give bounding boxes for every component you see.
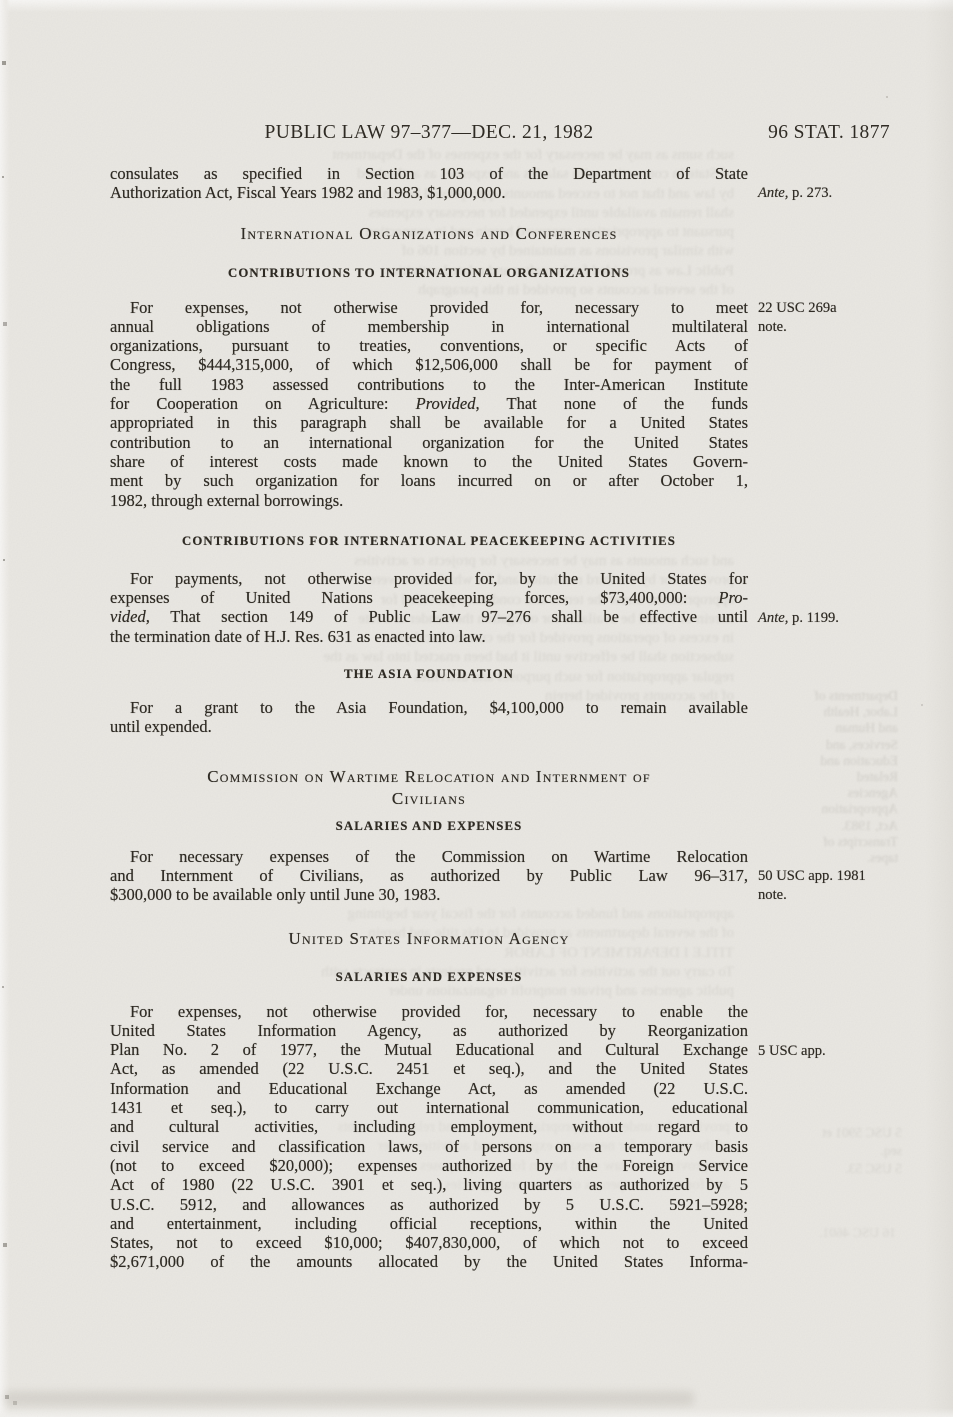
text-line: the full 1983 assessed contributions to …: [110, 375, 748, 394]
text-line: $2,671,000 of the amounts allocated by t…: [110, 1252, 748, 1271]
scan-edge-top: [0, 0, 953, 12]
text-line: For expenses, not otherwise provided for…: [110, 1002, 748, 1021]
text-line: States, not to exceed $10,000; $407,830,…: [110, 1233, 748, 1252]
heading-contributions-to-international-organizations: CONTRIBUTIONS TO INTERNATIONAL ORGANIZAT…: [110, 266, 748, 281]
text-line: civil service and classification laws, o…: [110, 1137, 748, 1156]
statute-page: Departments ofLabor, Healthand HumanServ…: [0, 0, 953, 1417]
paragraph-commission-wartime-relocation: For necessary expenses of the Commission…: [110, 847, 748, 905]
heading-salaries-and-expenses-usia: SALARIES AND EXPENSES: [110, 970, 748, 985]
text-line: 1982, through external borrowings.: [110, 491, 748, 510]
text-line: appropriated in this paragraph shall be …: [110, 413, 748, 432]
text-line: United States Information Agency, as aut…: [110, 1021, 748, 1040]
text-line: and Internment of Civilians, as authoriz…: [110, 866, 748, 885]
bleed-through-text: Departments ofLabor, Healthand HumanServ…: [756, 688, 898, 866]
text-line: consulates as specified in Section 103 o…: [110, 164, 748, 183]
text-line: expenses of United Nations peacekeeping …: [110, 588, 748, 607]
heading-international-organizations-and-conferences: International Organizations and Conferen…: [110, 223, 748, 245]
text-line: Authorization Act, Fiscal Years 1982 and…: [110, 183, 748, 202]
heading-the-asia-foundation: THE ASIA FOUNDATION: [110, 667, 748, 682]
scan-edge-bottom: [0, 1408, 953, 1417]
text-line: Plan No. 2 of 1977, the Mutual Education…: [110, 1040, 748, 1059]
margin-note: Ante, p. 273.: [758, 184, 910, 203]
text-line: $300,000 to be available only until June…: [110, 885, 748, 904]
heading-united-states-information-agency: United States Information Agency: [110, 928, 748, 950]
text-line: Act of 1980 (22 U.S.C. 3901 et seq.), li…: [110, 1175, 748, 1194]
margin-note: 5 USC app.: [758, 1042, 910, 1061]
text-line: Act, as amended (22 U.S.C. 2451 et seq.)…: [110, 1059, 748, 1078]
text-line: and entertainment, including official re…: [110, 1214, 748, 1233]
scan-edge-left: [0, 0, 10, 1417]
text-line: (not to exceed $20,000); expenses author…: [110, 1156, 748, 1175]
text-line: vided, That section 149 of Public Law 97…: [110, 607, 748, 626]
heading-contributions-international-peacekeeping: CONTRIBUTIONS FOR INTERNATIONAL PEACEKEE…: [110, 534, 748, 549]
scan-speckles: [0, 0, 2, 2]
text-line: share of interest costs made known to th…: [110, 452, 748, 471]
bleed-through-text: 16 USC 4601.: [766, 1224, 896, 1242]
text-line: and cultural activities, including emplo…: [110, 1117, 748, 1136]
margin-note: Ante, p. 1199.: [758, 609, 910, 628]
paragraph-asia-foundation: For a grant to the Asia Foundation, $4,1…: [110, 698, 748, 737]
margin-note: 22 USC 269anote.: [758, 299, 910, 336]
text-line: until expended.: [110, 717, 748, 736]
running-head: PUBLIC LAW 97–377—DEC. 21, 1982 96 STAT.…: [0, 122, 953, 148]
text-line: contribution to an international organiz…: [110, 433, 748, 452]
text-column: consulates as specified in Section 103 o…: [110, 164, 748, 1272]
text-line: ment by such organization for loans incu…: [110, 471, 748, 490]
scan-smudge-bottom: [4, 1391, 694, 1406]
text-line: For payments, not otherwise provided for…: [110, 569, 748, 588]
text-line: the termination date of H.J. Res. 631 as…: [110, 627, 748, 646]
text-line: For expenses, not otherwise provided for…: [110, 298, 748, 317]
text-line: organizations, pursuant to treaties, con…: [110, 336, 748, 355]
paragraph-usia-salaries-expenses: For expenses, not otherwise provided for…: [110, 1002, 748, 1272]
text-line: Information and Educational Exchange Act…: [110, 1079, 748, 1098]
text-line: For a grant to the Asia Foundation, $4,1…: [110, 698, 748, 717]
text-line: U.S.C. 5912, and allowances as authorize…: [110, 1195, 748, 1214]
text-line: annual obligations of membership in inte…: [110, 317, 748, 336]
text-line: for Cooperation on Agriculture: Provided…: [110, 394, 748, 413]
bleed-through-text: 5 USC 5901 etseq.5 USC 53.: [772, 1124, 902, 1178]
text-line: Congress, $444,315,000, of which $12,506…: [110, 355, 748, 374]
stat-page-number: 96 STAT. 1877: [768, 122, 890, 144]
scan-edge-right: [925, 0, 953, 1417]
heading-salaries-and-expenses-commission: SALARIES AND EXPENSES: [110, 819, 748, 834]
public-law-heading: PUBLIC LAW 97–377—DEC. 21, 1982: [110, 122, 748, 144]
paragraph-contributions-international-organizations: For expenses, not otherwise provided for…: [110, 298, 748, 510]
heading-commission-wartime-relocation: Commission on Wartime Relocation and Int…: [110, 766, 748, 810]
margin-note: 50 USC app. 1981note.: [758, 867, 910, 904]
text-line: For necessary expenses of the Commission…: [110, 847, 748, 866]
paragraph-peacekeeping: For payments, not otherwise provided for…: [110, 569, 748, 646]
text-line: 1431 et seq.), to carry out internationa…: [110, 1098, 748, 1117]
paragraph-consulates-continuation: consulates as specified in Section 103 o…: [110, 164, 748, 203]
